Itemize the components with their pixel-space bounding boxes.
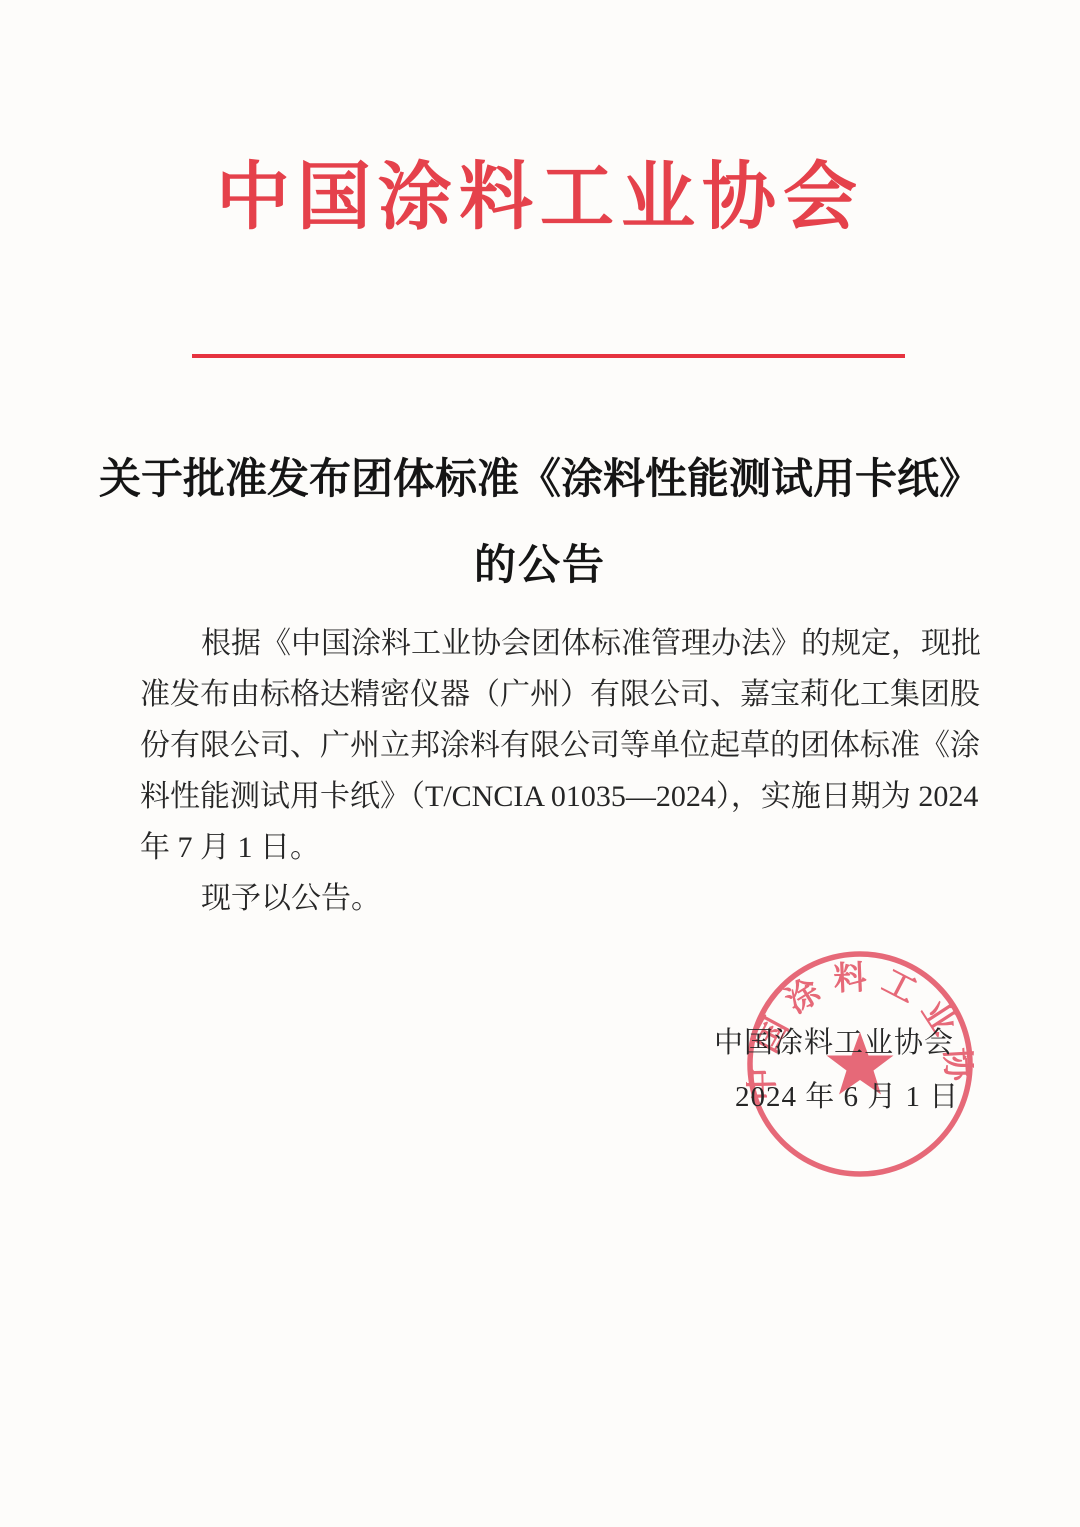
body-paragraph2: 现予以公告。 <box>140 873 958 924</box>
body-paragraph1-line: 年 7 月 1 日。 <box>140 822 958 873</box>
signature-org-name: 中国涂料工业协会 <box>714 1020 954 1061</box>
body-text: 根据《中国涂料工业协会团体标准管理办法》的规定，现批 准发布由标格达精密仪器（广… <box>140 618 958 924</box>
body-paragraph1-line: 份有限公司、广州立邦涂料有限公司等单位起草的团体标准《涂 <box>140 720 958 771</box>
document-title-line1: 关于批准发布团体标准《涂料性能测试用卡纸》 <box>0 446 1080 506</box>
official-seal-stamp: 中国涂料工业协会 <box>746 950 974 1178</box>
body-paragraph1-line: 根据《中国涂料工业协会团体标准管理办法》的规定，现批 <box>140 618 958 669</box>
announcement-document: 中国涂料工业协会 关于批准发布团体标准《涂料性能测试用卡纸》 的公告 根据《中国… <box>0 0 1080 1527</box>
letterhead-org-name: 中国涂料工业协会 <box>0 152 1080 244</box>
document-title-line2: 的公告 <box>0 532 1080 592</box>
letterhead-divider <box>192 354 905 358</box>
body-paragraph1-line: 料性能测试用卡纸》（T/CNCIA 01035—2024），实施日期为 2024 <box>140 771 958 822</box>
signature-date: 2024 年 6 月 1 日 <box>735 1074 959 1115</box>
body-paragraph1-line: 准发布由标格达精密仪器（广州）有限公司、嘉宝莉化工集团股 <box>140 669 958 720</box>
